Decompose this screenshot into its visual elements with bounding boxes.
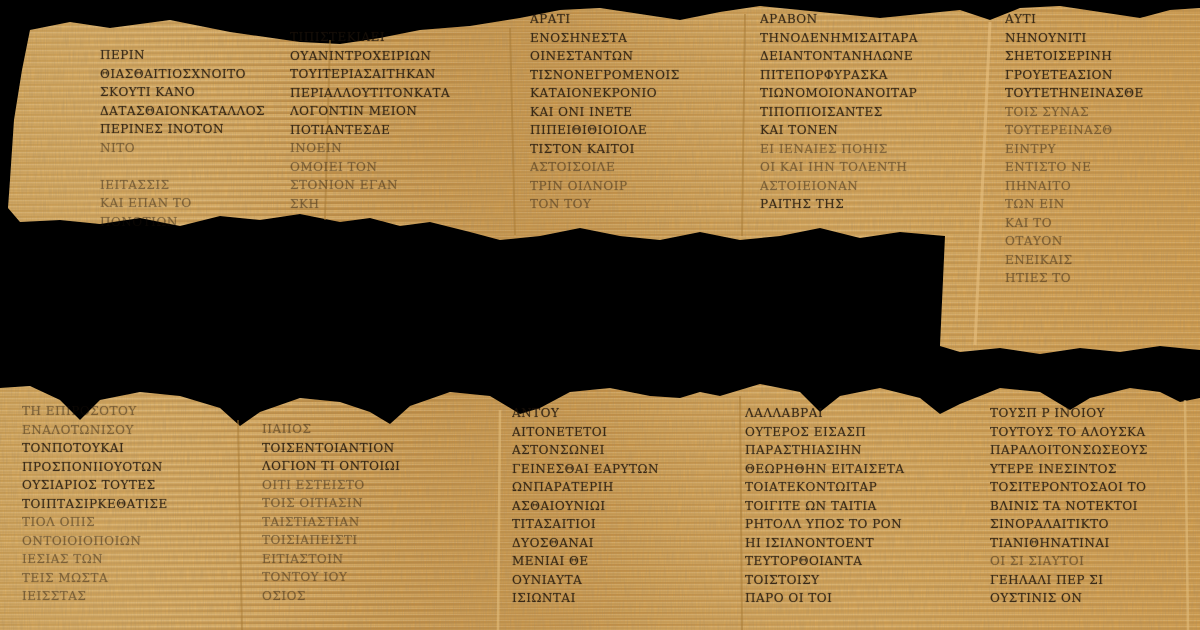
text-line: ΘΙΑΣΘΑΙΤΙΟΣΧΝΟΙΤΟ bbox=[100, 65, 310, 84]
text-line: ΓΡΟΥΕΤΕΑΣΙΟΝ bbox=[1005, 66, 1195, 85]
top-text-column-1: ΠΕΡΙΝ ΘΙΑΣΘΑΙΤΙΟΣΧΝΟΙΤΟ ΣΚΟΥΤΙ ΚΑΝΟ ΔΑΤΑ… bbox=[100, 46, 310, 231]
text-line: ΔΥΟΣΘΑΝΑΙ bbox=[512, 534, 722, 553]
photo-scene: ΠΕΡΙΝ ΘΙΑΣΘΑΙΤΙΟΣΧΝΟΙΤΟ ΣΚΟΥΤΙ ΚΑΝΟ ΔΑΤΑ… bbox=[0, 0, 1200, 630]
text-line: ΣΤΟΝΙΟΝ ΕΓΑΝ bbox=[290, 176, 490, 195]
text-line: ΣΗΕΤΟΙΣΕΡΙΝΗ bbox=[1005, 47, 1195, 66]
text-line: ΚΑΙ ΤΟΝΕΝ bbox=[760, 121, 960, 140]
text-line: ΣΙΝΟΡΑΛΑΙΤΙΚΤΟ bbox=[990, 515, 1190, 534]
text-line: ΛΑΛΛΑΒΡΑΙ bbox=[745, 404, 960, 423]
text-line: ΙΕΣΙΑΣ ΤΩΝ bbox=[22, 550, 222, 569]
text-line: ΤΟΝΤΟΥ ΙΟΥ bbox=[262, 568, 462, 587]
top-text-column-5: ΑΥΤΙ ΝΗΝΟΥΝΙΤΙ ΣΗΕΤΟΙΣΕΡΙΝΗ ΓΡΟΥΕΤΕΑΣΙΟΝ… bbox=[1005, 10, 1195, 288]
text-line: ΑΡΑΤΙ bbox=[530, 10, 730, 29]
text-line: ΟΙ ΣΙ ΣΙΑΥΤΟΙ bbox=[990, 552, 1190, 571]
text-line: ΟΜΟΙΕΙ ΤΟΝ bbox=[290, 158, 490, 177]
text-line: ΜΕΝΙΑΙ ΘΕ bbox=[512, 552, 722, 571]
text-line: ΕΝΤΙΣΤΟ ΝΕ bbox=[1005, 158, 1195, 177]
bottom-text-column-2: ΙΙΑΙΙΟΣ ΤΟΙΣΕΝΤΟΙΑΝΤΙΟΝ ΛΟΓΙΟΝ ΤΙ ΟΝΤΟΙΩ… bbox=[262, 420, 462, 605]
text-line: ΙΝΟΕΙΝ bbox=[290, 139, 490, 158]
text-line: ΕΙ ΙΕΝΑΙΕΣ ΠΟΗΙΣ bbox=[760, 140, 960, 159]
bottom-text-column-3: ΑΝΤΟΥ ΑΙΤΟΝΕΤΕΤΟΙ ΑΣΤΟΝΣΩΝΕΙ ΓΕΙΝΕΣΘΑΙ Ε… bbox=[512, 404, 722, 608]
top-text-column-2: ΤΙΠΙΣΤΕΚΙΑΕΙ ΟΥΑΝΙΝΤΡΟΧΕΙΡΙΩΝ ΤΟΥΙΤΕΡΙΑΣ… bbox=[290, 28, 490, 213]
text-line: ΤΕΥΤΟΡΘΟΙΑΝΤΑ bbox=[745, 552, 960, 571]
text-line: ΤΩΝ ΕΙΝ bbox=[1005, 195, 1195, 214]
text-line: ΑΡΑΒΟΝ bbox=[760, 10, 960, 29]
text-line: ΤΟΙΣΕΝΤΟΙΑΝΤΙΟΝ bbox=[262, 439, 462, 458]
text-line: ΛΟΓΙΟΝ ΤΙ ΟΝΤΟΙΩΙ bbox=[262, 457, 462, 476]
text-line: ΕΙΤΙΑΣΤΟΙΝ bbox=[262, 550, 462, 569]
text-line: ΤΗΝΟΔΕΝΗΜΙΣΑΙΤΑΡΑ bbox=[760, 29, 960, 48]
text-line: ΤΙΩΝΟΜΟΙΟΝΑΝΟΙΤΑΡ bbox=[760, 84, 960, 103]
text-line: ΙΙΑΙΙΟΣ bbox=[262, 420, 462, 439]
text-line: ΟΥΤΕΡΟΣ ΕΙΣΑΣΠ bbox=[745, 423, 960, 442]
text-line: ΑΣΤΟΝΣΩΝΕΙ bbox=[512, 441, 722, 460]
text-line: ΠΑΡΑΣΤΗΙΑΣΙΗΝ bbox=[745, 441, 960, 460]
text-line: ΟΙΝΕΣΤΑΝΤΩΝ bbox=[530, 47, 730, 66]
text-line: ΕΝΑΛΟΤΩΝΙΣΟΥ bbox=[22, 421, 222, 440]
text-line: ΑΣΘΑΙΟΥΝΙΩΙ bbox=[512, 497, 722, 516]
text-line: ΣΚΗ bbox=[290, 195, 490, 214]
text-line: ΠΙΠΕΙΘΙΘΙΟΙΟΛΕ bbox=[530, 121, 730, 140]
text-line: ΟΣΙΟΣ bbox=[262, 587, 462, 606]
text-line: ΕΝΕΙΚΑΙΣ bbox=[1005, 251, 1195, 270]
text-line: ΠΕΡΙΑΛΛΟΥΤΙΤΟΝΚΑΤΑ bbox=[290, 84, 490, 103]
top-text-column-3: ΑΡΑΤΙ ΕΝΟΣΗΝΕΣΤΑ ΟΙΝΕΣΤΑΝΤΩΝ ΤΙΣΝΟΝΕΓΡΟΜ… bbox=[530, 10, 730, 214]
text-line: ΠΟΤΙΑΝΤΕΣΔΕ bbox=[290, 121, 490, 140]
text-line: ΟΝΤΟΙΟΙΟΠΟΙΩΝ bbox=[22, 532, 222, 551]
text-line: ΤΟΥΤΕΤΗΝΕΙΝΑΣΘΕ bbox=[1005, 84, 1195, 103]
text-line: ΙΣΙΩΝΤΑΙ bbox=[512, 589, 722, 608]
text-line: ΤΡΙΝ ΟΙΛΝΟΙΡ bbox=[530, 177, 730, 196]
text-line: ΙΕΙΤΑΣΣΙΣ bbox=[100, 176, 310, 195]
text-line: ΑΝΤΟΥ bbox=[512, 404, 722, 423]
text-line bbox=[100, 157, 310, 176]
text-line: ΟΥΣΤΙΝΙΣ ΟΝ bbox=[990, 589, 1190, 608]
text-line: ΤΙΣΤΟΝ ΚΑΙΤΟΙ bbox=[530, 140, 730, 159]
text-line: ΛΟΓΟΝΤΙΝ ΜΕΙΟΝ bbox=[290, 102, 490, 121]
text-line: ΡΗΤΟΛΛ ΥΠΟΣ ΤΟ ΡΟΝ bbox=[745, 515, 960, 534]
text-line: ΔΑΤΑΣΘΑΙΟΝΚΑΤΑΛΛΟΣ bbox=[100, 102, 310, 121]
text-line: ΓΕΗΛΑΛΙ ΠΕΡ ΣΙ bbox=[990, 571, 1190, 590]
text-line: ΤΙΠΟΠΙΟΙΣΑΝΤΕΣ bbox=[760, 103, 960, 122]
text-line: ΑΣΤΟΙΣΟΙΛΕ bbox=[530, 158, 730, 177]
text-line: ΟΥΑΝΙΝΤΡΟΧΕΙΡΙΩΝ bbox=[290, 47, 490, 66]
text-line: ΑΣΤΟΙΕΙΟΝΑΝ bbox=[760, 177, 960, 196]
text-line: ΤΙΣΝΟΝΕΓΡΟΜΕΝΟΙΣ bbox=[530, 66, 730, 85]
text-line: ΙΕΙΣΣΤΑΣ bbox=[22, 587, 222, 606]
text-line: ΠΕΡΙΝΕΣ ΙΝΟΤΟΝ bbox=[100, 120, 310, 139]
text-line: ΤΙΤΑΣΑΙΤΙΟΙ bbox=[512, 515, 722, 534]
text-line: ΤΟΙΣΤΟΙΣΥ bbox=[745, 571, 960, 590]
text-line: ΤΟΥΣΠ Ρ ΙΝΟΙΟΥ bbox=[990, 404, 1190, 423]
text-line: ΤΙΟΛ ΟΠΙΣ bbox=[22, 513, 222, 532]
text-line: ΤΟΝΠΟΤΟΥΚΑΙ bbox=[22, 439, 222, 458]
text-line: ΚΑΙ ΤΟ bbox=[1005, 214, 1195, 233]
text-line: ΩΝΠΑΡΑΤΕΡΙΗ bbox=[512, 478, 722, 497]
text-line: ΥΤΕΡΕ ΙΝΕΣΙΝΤΟΣ bbox=[990, 460, 1190, 479]
text-line: ΠΗΝΑΙΤΟ bbox=[1005, 177, 1195, 196]
text-line: ΘΕΩΡΗΘΗΝ ΕΙΤΑΙΣΕΤΑ bbox=[745, 460, 960, 479]
text-line: ΑΙΤΟΝΕΤΕΤΟΙ bbox=[512, 423, 722, 442]
text-line: ΚΑΙ ΕΠΑΝ ΤΟ bbox=[100, 194, 310, 213]
text-line: ΠΑΡΑΛΟΙΤΟΝΣΩΣΕΟΥΣ bbox=[990, 441, 1190, 460]
text-line: ΤΟΥΙΤΕΡΙΑΣΑΙΤΗΚΑΝ bbox=[290, 65, 490, 84]
text-line: ΤΗ ΕΠΙΡΟΣΟΤΟΥ bbox=[22, 402, 222, 421]
text-line: ΒΛΙΝΙΣ ΤΑ ΝΟΤΕΚΤΟΙ bbox=[990, 497, 1190, 516]
text-line: ΤΟΙΣΙΑΠΕΙΣΤΙ bbox=[262, 531, 462, 550]
text-line: ΤΟΝ ΤΟΥ bbox=[530, 195, 730, 214]
text-line: ΤΙΠΙΣΤΕΚΙΑΕΙ bbox=[290, 28, 490, 47]
text-line: ΗΤΙΕΣ ΤΟ bbox=[1005, 269, 1195, 288]
text-line: ΤΟΙΠΤΑΣΙΡΚΕΘΑΤΙΣΕ bbox=[22, 495, 222, 514]
text-line: ΟΙ ΚΑΙ ΙΗΝ ΤΟΛΕΝΤΗ bbox=[760, 158, 960, 177]
text-line: ΤΟΥΤΕΡΕΙΝΑΣΘ bbox=[1005, 121, 1195, 140]
text-line: ΝΙΤΟ bbox=[100, 139, 310, 158]
text-line: ΟΤΑΥΟΝ bbox=[1005, 232, 1195, 251]
text-line: ΚΑΙ ΟΝΙ ΙΝΕΤΕ bbox=[530, 103, 730, 122]
text-line: ΑΥΤΙ bbox=[1005, 10, 1195, 29]
text-line: ΟΥΣΙΑΡΙΟΣ ΤΟΥΤΕΣ bbox=[22, 476, 222, 495]
text-line: ΔΕΙΑΝΤΟΝΤΑΝΗΛΩΝΕ bbox=[760, 47, 960, 66]
text-line: ΤΟΙΓΙΤΕ ΩΝ ΤΑΙΤΙΑ bbox=[745, 497, 960, 516]
text-line: ΠΑΡΟ ΟΙ ΤΟΙ bbox=[745, 589, 960, 608]
text-line: ΓΕΙΝΕΣΘΑΙ ΕΑΡΥΤΩΝ bbox=[512, 460, 722, 479]
text-line: ΟΥΝΙΑΥΤΑ bbox=[512, 571, 722, 590]
text-line: ΤΟΙΑΤΕΚΟΝΤΩΙΤΑΡ bbox=[745, 478, 960, 497]
bottom-text-column-1: ΤΗ ΕΠΙΡΟΣΟΤΟΥ ΕΝΑΛΟΤΩΝΙΣΟΥ ΤΟΝΠΟΤΟΥΚΑΙ Π… bbox=[22, 402, 222, 606]
text-line: ΝΗΝΟΥΝΙΤΙ bbox=[1005, 29, 1195, 48]
text-line: ΠΡΟΣΠΟΝΙΙΟΥΟΤΩΝ bbox=[22, 458, 222, 477]
text-line: ΤΟΙΣ ΣΥΝΑΣ bbox=[1005, 103, 1195, 122]
top-text-column-4: ΑΡΑΒΟΝ ΤΗΝΟΔΕΝΗΜΙΣΑΙΤΑΡΑ ΔΕΙΑΝΤΟΝΤΑΝΗΛΩΝ… bbox=[760, 10, 960, 214]
text-line: ΤΟΣΙΤΕΡΟΝΤΟΣΑΟΙ ΤΟ bbox=[990, 478, 1190, 497]
bottom-text-column-5: ΤΟΥΣΠ Ρ ΙΝΟΙΟΥ ΤΟΥΤΟΥΣ ΤΟ ΑΛΟΥΣΚΑ ΠΑΡΑΛΟ… bbox=[990, 404, 1190, 608]
text-line: ΤΟΥΤΟΥΣ ΤΟ ΑΛΟΥΣΚΑ bbox=[990, 423, 1190, 442]
text-line: ΗΙ ΙΣΙΛΝΟΝΤΟΕΝΤ bbox=[745, 534, 960, 553]
text-line: ΤΙΑΝΙΘΗΝΑΤΙΝΑΙ bbox=[990, 534, 1190, 553]
text-line: ΠΟΝΟΤΙΩΝ bbox=[100, 213, 310, 232]
text-line: ΟΙΤΙ ΕΣΤΕΙΣΤΟ bbox=[262, 476, 462, 495]
bottom-text-column-4: ΛΑΛΛΑΒΡΑΙ ΟΥΤΕΡΟΣ ΕΙΣΑΣΠ ΠΑΡΑΣΤΗΙΑΣΙΗΝ Θ… bbox=[745, 404, 960, 608]
text-line: ΤΑΙΣΤΙΑΣΤΙΑΝ bbox=[262, 513, 462, 532]
text-line: ΠΙΤΕΠΟΡΦΥΡΑΣΚΑ bbox=[760, 66, 960, 85]
text-line: ΤΟΙΣ ΟΙΤΙΑΣΙΝ bbox=[262, 494, 462, 513]
text-line: ΣΚΟΥΤΙ ΚΑΝΟ bbox=[100, 83, 310, 102]
text-line: ΕΙΝΤΡΥ bbox=[1005, 140, 1195, 159]
text-line: ΠΕΡΙΝ bbox=[100, 46, 310, 65]
text-line: ΚΑΤΑΙΟΝΕΚΡΟΝΙΟ bbox=[530, 84, 730, 103]
text-line: ΕΝΟΣΗΝΕΣΤΑ bbox=[530, 29, 730, 48]
text-line: ΡΑΙΤΗΣ ΤΗΣ bbox=[760, 195, 960, 214]
text-line: ΤΕΙΣ ΜΩΣΤΑ bbox=[22, 569, 222, 588]
